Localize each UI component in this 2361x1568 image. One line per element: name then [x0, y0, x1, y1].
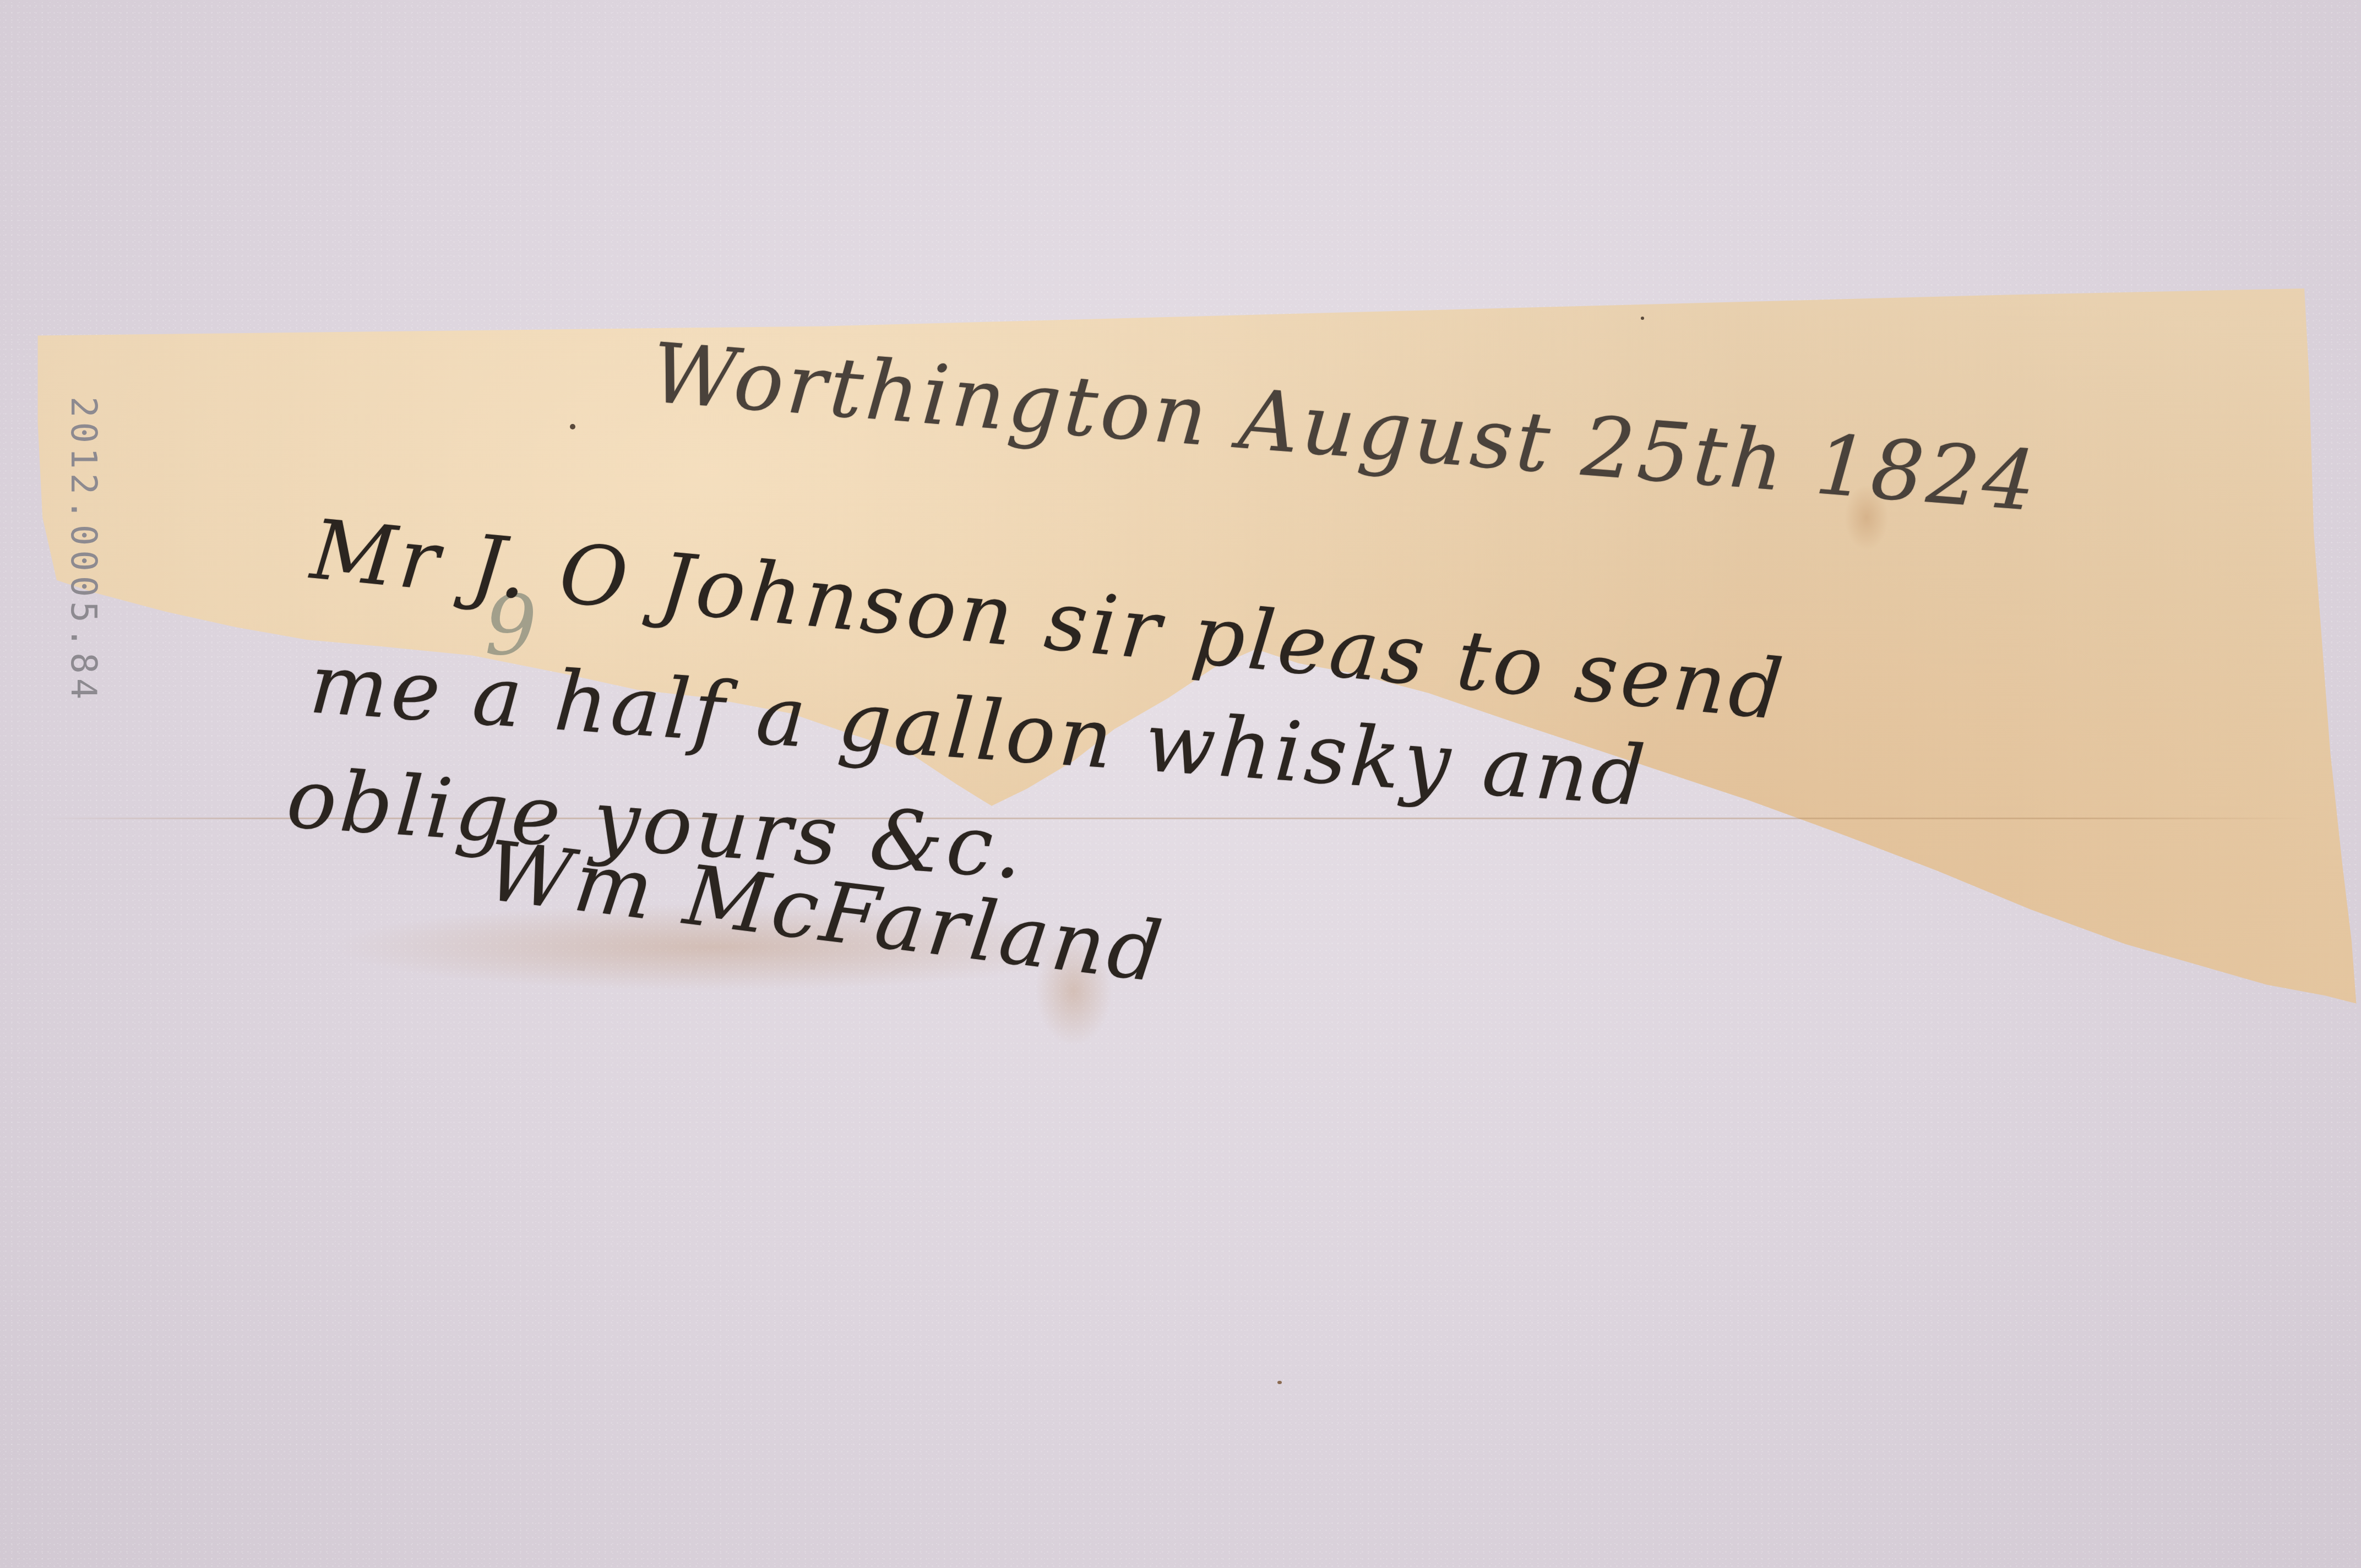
debris-speck — [1277, 1381, 1282, 1384]
catalog-number: 2012.0005.84 — [63, 396, 104, 704]
ink-speck — [570, 424, 575, 429]
ink-speck — [1641, 317, 1644, 320]
document-paper: 2012.0005.84 Worthington August 25th 182… — [0, 0, 2361, 1568]
